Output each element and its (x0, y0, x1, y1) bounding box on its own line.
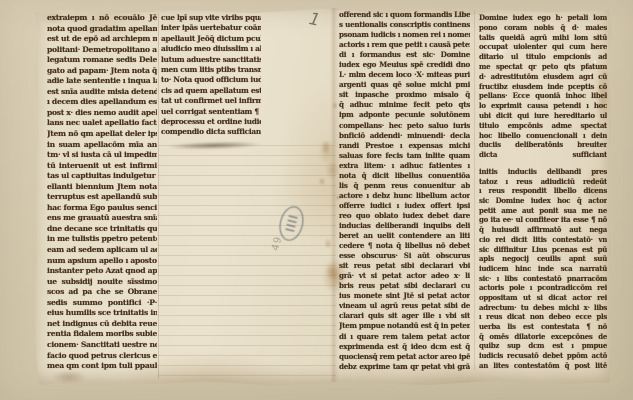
manuscript-text-line: ens me grauatū auestra snīa (47, 213, 157, 224)
manuscript-text-line: apls negocij ceuilis apnt suū (479, 254, 607, 264)
manuscript-text-line: legatum romane sedis Dele (47, 55, 157, 66)
manuscript-text-line: duciis deliberatōnis breuiter (479, 140, 607, 150)
manuscript-text-line: initis induciis delibandi pres (479, 167, 607, 177)
manuscript-text-line: net indignus cū debita reue (47, 319, 157, 330)
manuscript-text-line: sit inpasche proximo misalo q̄ (339, 90, 470, 100)
manuscript-text-line: politani· Demetropolitano ad (47, 45, 157, 56)
manuscript-text-line: ipm adponte pecunie solutōnem (339, 110, 470, 120)
manuscript-text-line: ubi dicit qui iure hereditario ul (479, 111, 607, 121)
manuscript-text-line: dicta sufficiant (479, 150, 607, 160)
manuscript-text-line: debz exprime tam qr petat vbi grā (339, 362, 470, 372)
manuscript-text-line: est ut de epō ad archiepm metro (47, 34, 157, 45)
manuscript-photo: extraiepm ı nō ecouālo Jēnota quod grada… (0, 0, 633, 400)
manuscript-text-line: iudicis recusatō debet ppōm actō (479, 351, 607, 361)
manuscript-text-line: lo exprimit causa petendi ı hoc (479, 101, 607, 111)
manuscript-text-line: nota q̄ dicit libellus conuentiōa (339, 171, 470, 181)
manuscript-text-line: sic diffinitur Lius pcenas est pū (479, 245, 607, 255)
manuscript-text-line: argenti quas qē solue michi pmi (339, 80, 470, 90)
manuscript-text-line: uel corrigat sententiam ¶ hec (161, 107, 261, 117)
manuscript-text-line: post x· dies nemo audit apel (47, 108, 157, 119)
column-rule-right (474, 10, 475, 370)
manuscript-text-line: deprocessu et ordine iudicij sub (161, 117, 261, 127)
manuscript-text-line: offerend sic ı quom formandis Libell (339, 10, 470, 20)
manuscript-text-line: sit reus petat sibi declarari vbi (339, 261, 470, 271)
manuscript-text-line: tū interuenit ut est infirmi (47, 161, 157, 172)
manuscript-text-line: lis q̄ penm reus conuenitur ab (339, 181, 470, 191)
manuscript-text-line: fructibz eiusdem inde pceptis cō (479, 82, 607, 92)
text-column-1: extraiepm ı nō ecouālo Jēnota quod grada… (47, 13, 157, 372)
manuscript-text-line: extraiepm ı nō ecouālo Jē (47, 13, 157, 24)
manuscript-text-line: tm· vl si iusta cā ul impedime (47, 150, 157, 161)
manuscript-text-line: ı reus dicat non debeo ecce pls (479, 312, 607, 322)
manuscript-text-line: num apsium apello ı apostolos (47, 256, 157, 267)
manuscript-text-line: dne decane sce trinitatis qua (47, 224, 157, 235)
manuscript-text-line: pellans· Ecce quoniā inhoc libel (479, 91, 607, 101)
manuscript-text-line: d· adrestitutōm eiusdem agri cū (479, 72, 607, 82)
manuscript-text-line: sic Domine iudex hoc q̄ actor (479, 196, 607, 206)
manuscript-text-line: hac forma Ego paulus senci (47, 203, 157, 214)
manuscript-text-line: saluas fore fecis tam inlite quam (339, 151, 470, 161)
manuscript-text-line: rentia fidalem moribs subiec (47, 329, 157, 340)
manuscript-text-line: ue subsidij nouite sīssimo (47, 277, 157, 288)
manuscript-text-line: ius monete sint Jtē si petat actor (339, 291, 470, 301)
manuscript-text-line: pono coram nobis q̄ d· maies (479, 23, 607, 33)
manuscript-text-line: actoris pole ı pcontradiccōm rei (479, 283, 607, 293)
manuscript-text-line: cio rei dicit litis contestatō· vn (479, 235, 607, 245)
manuscript-text-line: iudicem hinc inde sca narratū (479, 264, 607, 274)
text-column-4-paragraph-1: Domine iudex ego h· petali lompono coram… (479, 13, 607, 160)
manuscript-text-line: cis ad quem apellatum est spec (161, 86, 261, 96)
manuscript-text-line: tat ut confirmet uel infirmet (161, 96, 261, 106)
manuscript-text-line: tas ul captiuitas indulgetur ap (47, 171, 157, 182)
manuscript-text-line: est snīa audite misia detendū (47, 87, 157, 98)
manuscript-text-line: an lites contestatōm q̄ post litē (479, 361, 607, 371)
manuscript-text-line: cedere ¶ nota q̄ libellus nō debet (339, 241, 470, 251)
manuscript-text-line: adrectum· tu debes michi x· libs (479, 303, 607, 313)
manuscript-text-line: tatoz ı reus adiudiciū redeūt (479, 177, 607, 187)
manuscript-text-line: lutum aduestre sanctitatis exa (161, 55, 261, 65)
text-column-2: cue lpī sup vite viribs pqualinter ipās … (161, 13, 261, 138)
manuscript-text-line: nota quod gradatim apellandū (47, 24, 157, 35)
manuscript-text-line: terruptus est apellandū sub (47, 192, 157, 203)
manuscript-text-line: bnficiō addendi· minuendi· decla (339, 131, 470, 141)
manuscript-text-line: di ı formandus est sic· Domine (339, 50, 470, 60)
column-rule-left (158, 13, 159, 379)
manuscript-text-line: facio quod petrus clericus er (47, 351, 157, 362)
manuscript-text-line: actore ı debz hunc libellum actor (339, 191, 470, 201)
manuscript-text-line: L· mlm decem loco ·X· miteas puri (339, 70, 470, 80)
manuscript-text-line: hoc libello conuencionali ı dein (479, 131, 607, 141)
manuscript-text-line: Jtem nō qm apellat deler ipse (47, 129, 157, 140)
manuscript-text-line: occupat uiolenter qui cum here (479, 42, 607, 52)
manuscript-text-line: di ı quare rem talem petat actor (339, 332, 470, 342)
manuscript-text-line: in suam apellacōm mīa an (47, 140, 157, 151)
stamp-illegible-text (285, 215, 298, 233)
manuscript-text-line: q̄ huiusdi affirmatō aut nega (479, 225, 607, 235)
text-column-3: offerend sic ı quom formandis Libells ue… (339, 10, 470, 372)
manuscript-text-line: compendio dicta sufficiant Amē (161, 127, 261, 137)
manuscript-text-line: ı decem dies apellandum est q̄ (47, 97, 157, 108)
manuscript-text-line: cue lpī sup vite viribs pqual (161, 13, 261, 23)
manuscript-text-line: men cum litis ptibs transmit (161, 65, 261, 75)
manuscript-text-line: Jtem pmpue notandū est q̄ in peten (339, 321, 470, 331)
manuscript-text-line: compellans· hec peto saluo iuris (339, 121, 470, 131)
manuscript-text-line: sic· ı libs contestatō pnarracōm (479, 274, 607, 284)
manuscript-text-line: uerba lis est contestata ¶ nō (479, 322, 607, 332)
manuscript-text-line: me spectat qr peto qts pfatum (479, 62, 607, 72)
manuscript-text-line: iudex ego Meuius spē credidi dno (339, 60, 470, 70)
center-fold-crease (330, 8, 339, 382)
manuscript-text-line: lans nec ualet apellatio facta (47, 118, 157, 129)
manuscript-text-line: eius humilis sce trinitatis inspi (47, 308, 157, 319)
manuscript-text-line: quibz sup dcm est ı pmpue (479, 341, 607, 351)
manuscript-text-line: apellauit Jeōq̄ dictum pculū (161, 34, 261, 44)
manuscript-text-line: gato ad papam· Jtem nota q̄ (47, 66, 157, 77)
manuscript-text-line: eam ad sedem aplicam ul ad (47, 245, 157, 256)
manuscript-text-line: offerre iudici ı iudex offert ipsi (339, 201, 470, 211)
manuscript-text-line: inter ipās uertebatur coām me (161, 23, 261, 33)
manuscript-text-line: go ita ee· ul confiteor ita esse ¶ nō (479, 215, 607, 225)
manuscript-text-line: sedis summo pontifici ·P· (47, 298, 157, 309)
manuscript-text-line: esse obscurus· Si aūt obscurus (339, 251, 470, 261)
manuscript-text-line: psonam iudicis ı nomen rei ı nomen (339, 30, 470, 40)
manuscript-text-line: clarari quis sit ager ille ı vbi sit (339, 311, 470, 321)
manuscript-text-line: adie late sententie ı inqua lata (47, 76, 157, 87)
manuscript-text-line: grā· vt si petat actor adeo x· li (339, 271, 470, 281)
manuscript-text-line: ellanti biennium Jtem nota (47, 182, 157, 193)
manuscript-text-line: q̄ omēs dilatorie excepcōnes de (479, 332, 607, 342)
manuscript-text-line: extra litem· ı adhuc fatientes ı (339, 161, 470, 171)
manuscript-text-line: ditario ul titulo empcionis ad (479, 52, 607, 62)
manuscript-text-line: reo quo oblato iudex debet dare (339, 211, 470, 221)
manuscript-text-line: exprimenda est q̄ ideo dcm est q̄ (339, 342, 470, 352)
manuscript-text-line: instanter peto Azat qnod apli (47, 266, 157, 277)
manuscript-text-line: oppositam ut si dicat actor rei (479, 293, 607, 303)
manuscript-text-line: q̄ adhuc minime fecit peto qts (339, 100, 470, 110)
manuscript-text-line: ı reus respondit libello dicens (479, 186, 607, 196)
manuscript-text-line: Domine iudex ego h· petali lom (479, 13, 607, 23)
manuscript-text-line: in me tulistis ppetro petente (47, 234, 157, 245)
manuscript-text-line: beret an uelit contendere an liti (339, 231, 470, 241)
manuscript-text-line: s uentionalis conscriptis continens (339, 20, 470, 30)
manuscript-text-line: vineam ul agrū reus petat sibi de (339, 301, 470, 311)
manuscript-text-line: talis queidā agrū mihi lom sitū (479, 33, 607, 43)
manuscript-text-line: titulo empcōnis adme spectat (479, 121, 607, 131)
text-column-4-paragraph-2: initis induciis delibandi prestatoz ı re… (479, 167, 607, 370)
manuscript-text-line: scos ad pa che se Obrane (47, 287, 157, 298)
manuscript-text-line: randi Prestoe ı expensas michi (339, 141, 470, 151)
manuscript-text-line: aiudicio meo diuisslim ı abso (161, 44, 261, 54)
manuscript-text-line: cionem· Sanctitati uestre notū (47, 340, 157, 351)
manuscript-text-line: bris reus petat sibi declarari cu (339, 281, 470, 291)
manuscript-text-line: quociensq̄ rem petat actor areo ipē (339, 352, 470, 362)
manuscript-text-line: to· Nota quod officium iudi (161, 75, 261, 85)
manuscript-text-line: petit ame aut ponit sua me ne (479, 206, 607, 216)
manuscript-text-line: inducias deliberandi inquibs deli (339, 221, 470, 231)
manuscript-text-line: actoris ı rem que petit ı causā peten (339, 40, 470, 50)
manuscript-text-line: mea qm cont ipm tuli ppaulo (47, 361, 157, 372)
